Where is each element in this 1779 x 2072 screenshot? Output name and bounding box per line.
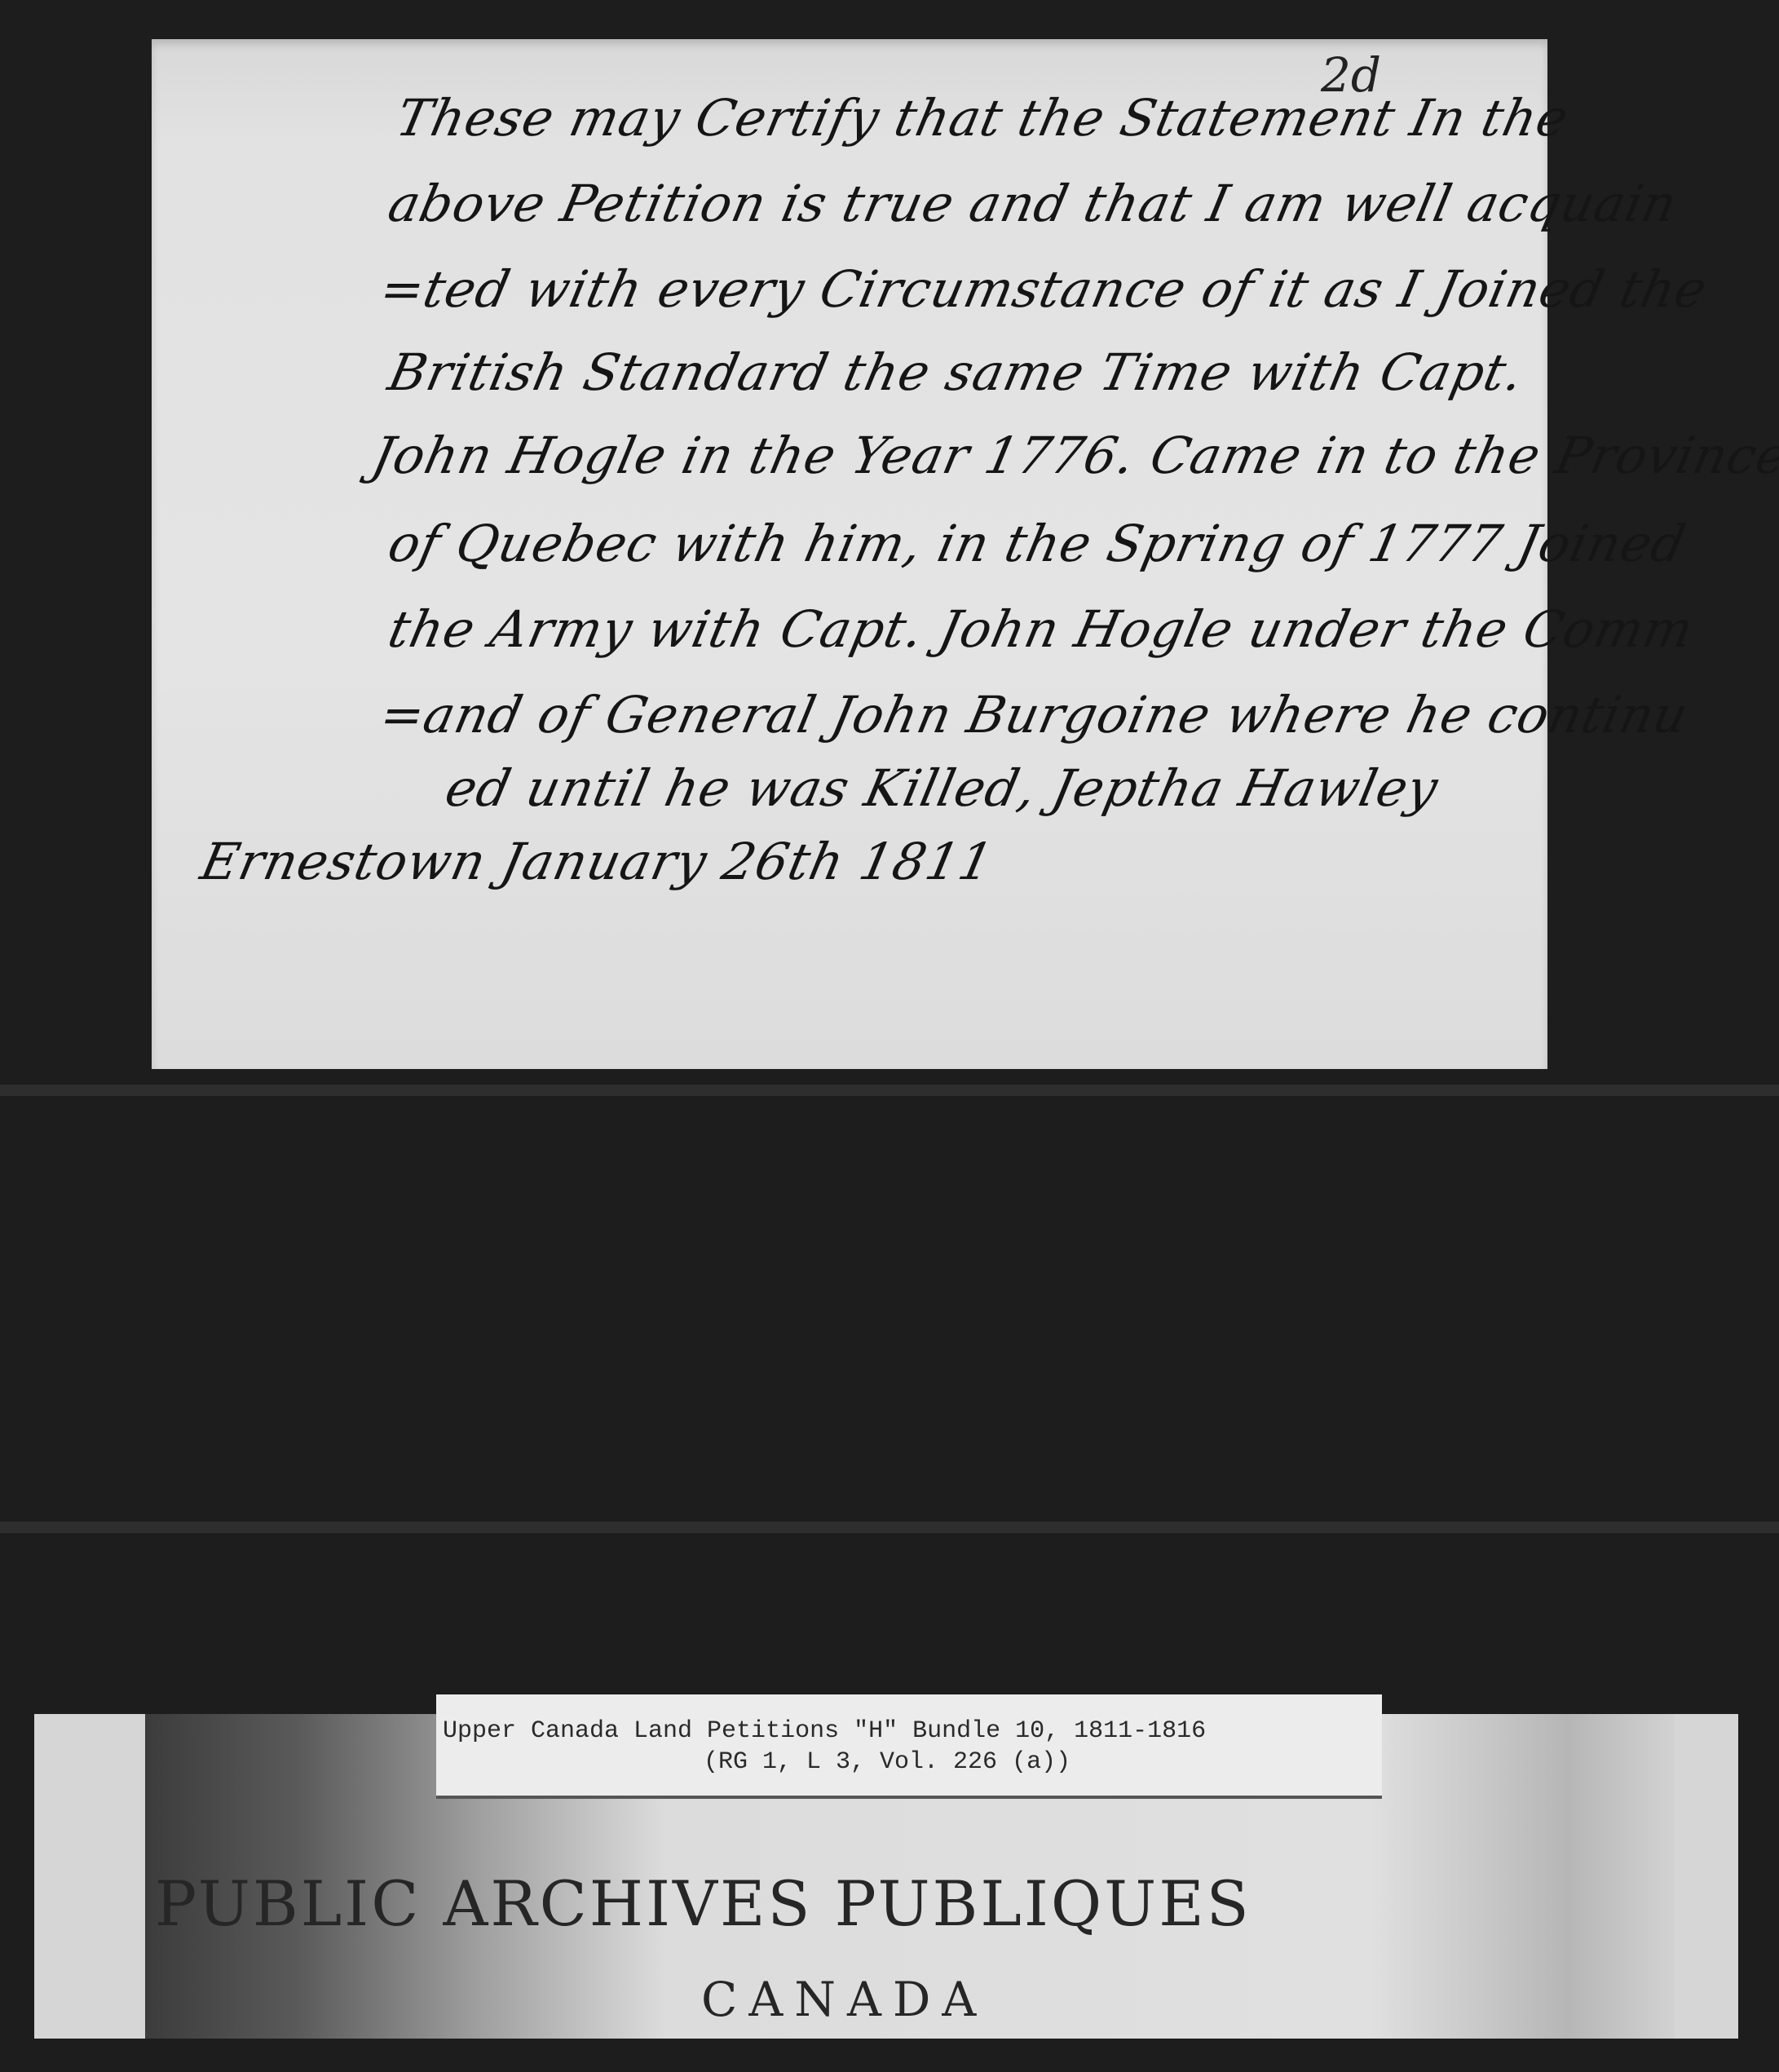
certificate-line-2: above Petition is true and that I am wel… xyxy=(383,174,1683,233)
certificate-line-8: =and of General John Burgoine where he c… xyxy=(375,685,1693,744)
certificate-line-9-signature: ed until he was Killed, Jeptha Hawley xyxy=(440,758,1444,818)
certificate-line-7: the Army with Capt. John Hogle under the… xyxy=(383,599,1699,659)
placard-title: PUBLIC ARCHIVES PUBLIQUES xyxy=(155,1867,1251,1940)
place-and-date: Ernestown January 26th 1811 xyxy=(196,832,999,891)
certificate-line-5: John Hogle in the Year 1776. Came in to … xyxy=(367,426,1779,485)
placard-country: CANADA xyxy=(701,1972,987,2027)
certificate-line-4: British Standard the same Time with Capt… xyxy=(383,342,1529,402)
certificate-line-6: of Quebec with him, in the Spring of 177… xyxy=(383,514,1692,573)
certificate-line-1: These may Certify that the Statement In … xyxy=(391,88,1574,148)
film-band-top xyxy=(0,1085,1779,1096)
archive-reference-line-2: (RG 1, L 3, Vol. 226 (a)) xyxy=(704,1748,1070,1776)
archive-reference-label: Upper Canada Land Petitions "H" Bundle 1… xyxy=(436,1694,1382,1799)
archive-reference-line-1: Upper Canada Land Petitions "H" Bundle 1… xyxy=(443,1717,1206,1745)
certificate-line-3: =ted with every Circumstance of it as I … xyxy=(375,259,1713,319)
film-band-bottom xyxy=(0,1522,1779,1533)
